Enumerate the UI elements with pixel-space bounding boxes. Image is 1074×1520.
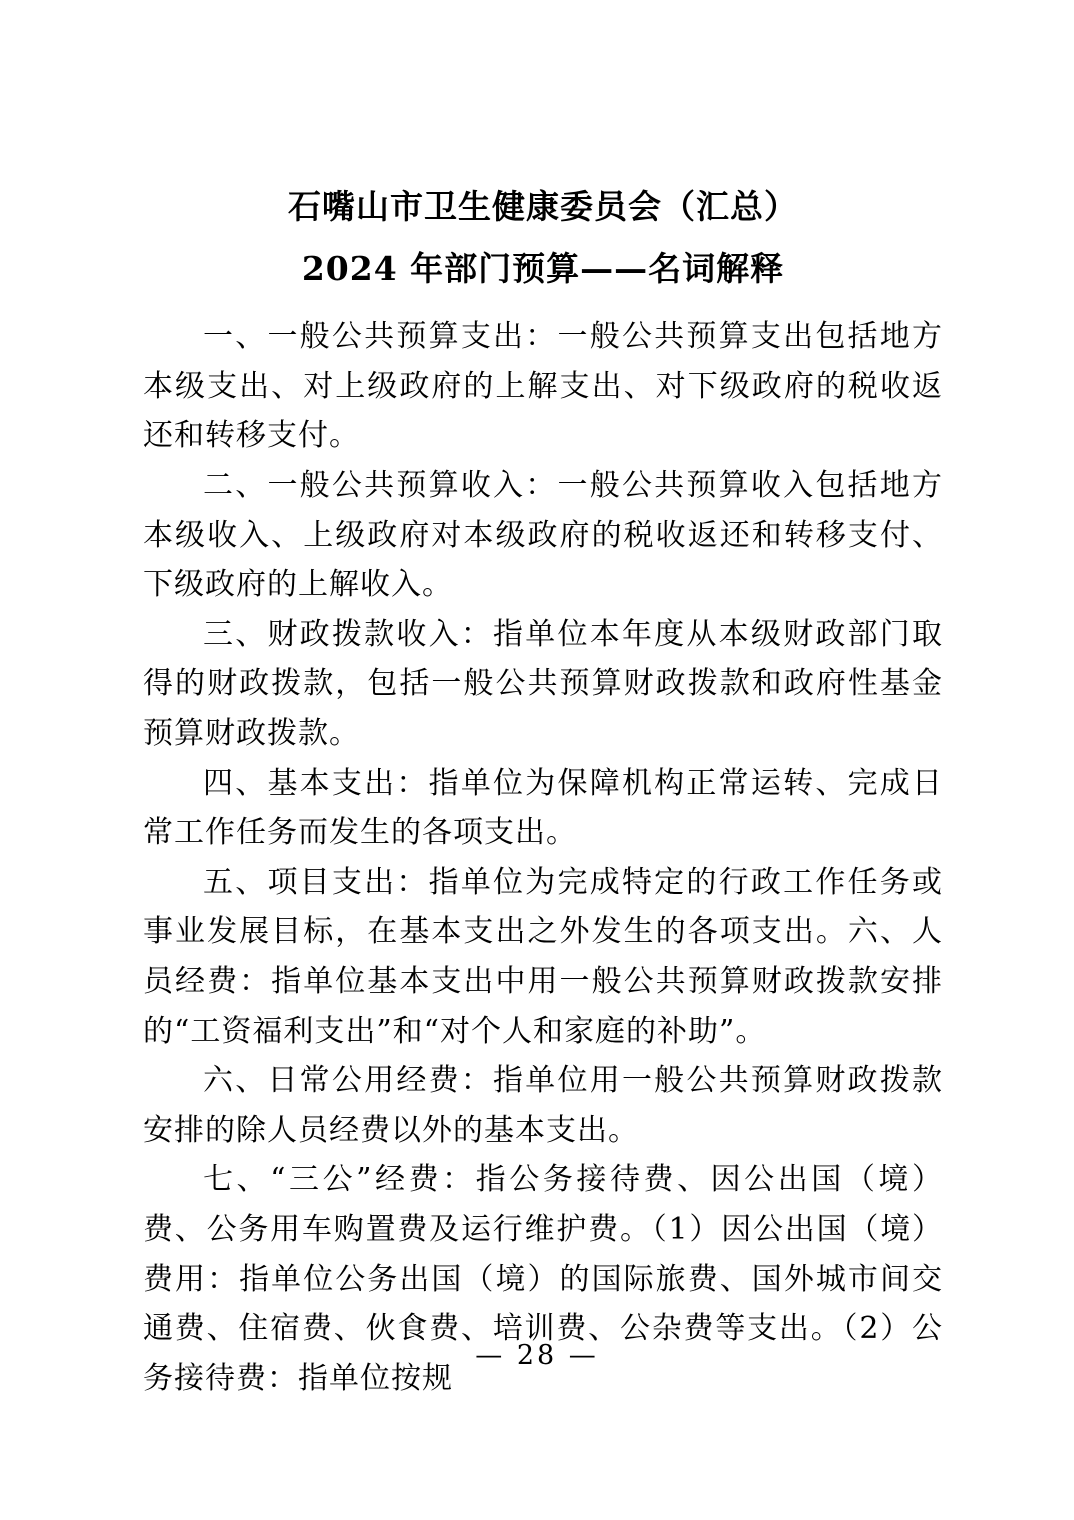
- para-4-basic-expenditure: 四、基本支出：指单位为保障机构正常运转、完成日常工作任务而发生的各项支出。: [143, 759, 943, 858]
- document-title-line2: 2024 年部门预算——名词解释: [143, 252, 943, 287]
- para-6-daily-public-funds: 六、日常公用经费：指单位用一般公共预算财政拨款安排的除人员经费以外的基本支出。: [143, 1056, 943, 1155]
- para-5-project-expenditure-personnel-funds: 五、项目支出：指单位为完成特定的行政工作任务或事业发展目标，在基本支出之外发生的…: [143, 858, 943, 1056]
- para-2-general-public-budget-revenue: 二、一般公共预算收入：一般公共预算收入包括地方本级收入、上级政府对本级政府的税收…: [143, 461, 943, 610]
- document-body: 石嘴山市卫生健康委员会（汇总） 2024 年部门预算——名词解释 一、一般公共预…: [143, 190, 943, 1403]
- document-title-line1: 石嘴山市卫生健康委员会（汇总）: [143, 190, 943, 225]
- para-1-general-public-budget-expenditure: 一、一般公共预算支出：一般公共预算支出包括地方本级支出、对上级政府的上解支出、对…: [143, 312, 943, 461]
- para-3-fiscal-appropriation-revenue: 三、财政拨款收入：指单位本年度从本级财政部门取得的财政拨款，包括一般公共预算财政…: [143, 610, 943, 759]
- page-number-footer: — 28 —: [0, 1340, 1074, 1372]
- definitions-section: 一、一般公共预算支出：一般公共预算支出包括地方本级支出、对上级政府的上解支出、对…: [143, 312, 943, 1403]
